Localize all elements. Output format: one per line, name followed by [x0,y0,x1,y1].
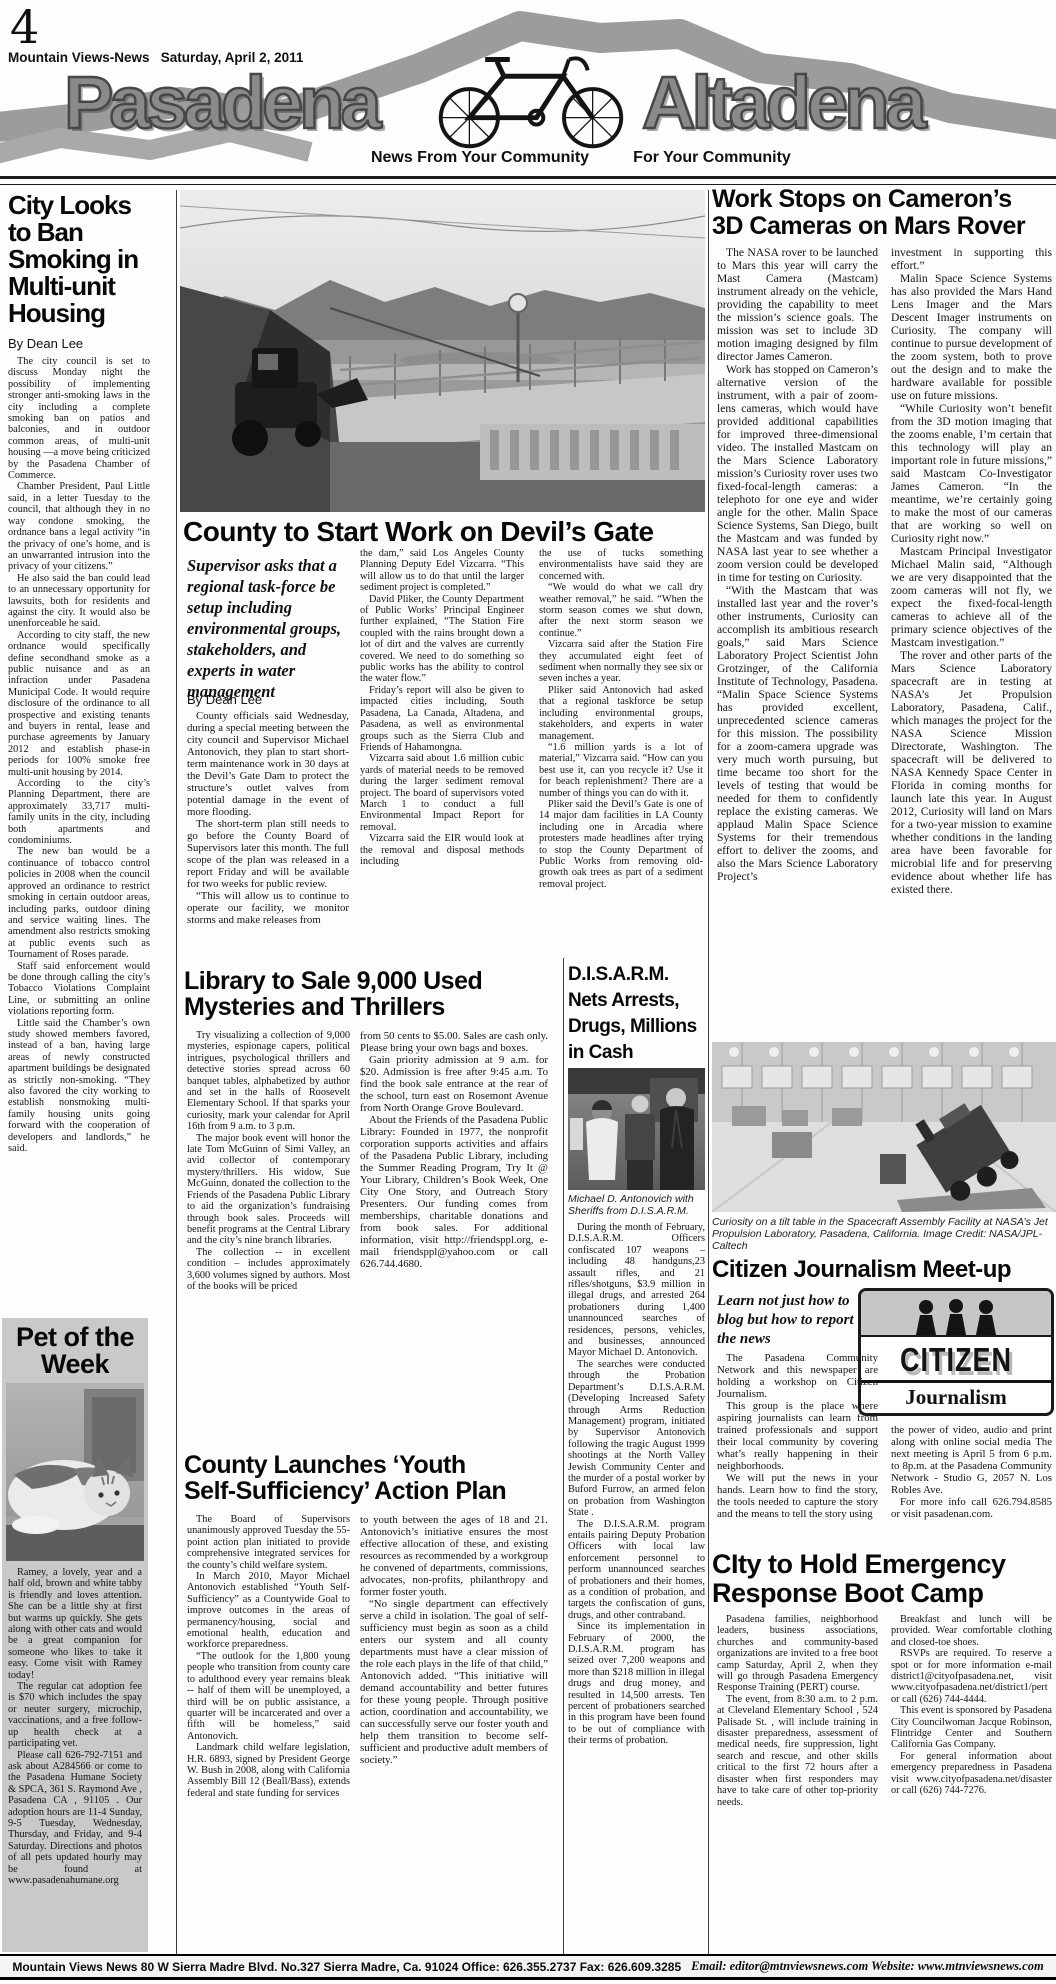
mars-col2: investment in supporting this effort.”Ma… [891,246,1052,1038]
masthead-title-altadena: Altadena [642,66,923,140]
devils-gate-subhead: Supervisor asks that a regional task-for… [187,556,349,703]
masthead-rule [0,176,1056,185]
devils-gate-col1: County officials said Wednesday, during … [187,710,349,958]
youth-title: County Launches ‘YouthSelf-Sufficiency’ … [184,1452,566,1504]
footer-bar: Mountain Views News 80 W Sierra Madre Bl… [0,1954,1056,1980]
bicycle-icon [425,34,637,154]
citizen-subhead: Learn not just how to blog but how to re… [717,1292,869,1349]
people-icons [908,1299,1004,1335]
pet-body: Ramey, a lovely, year and a half old, br… [2,1561,148,1886]
smoking-article-byline: By Dean Lee [8,336,83,351]
citizen-logo-word-bottom: Journalism [861,1380,1051,1410]
youth-col2: to youth between the ages of 18 and 21. … [360,1514,548,1954]
column-rule-left [176,190,177,1954]
library-col1: Try visualizing a collection of 9,000 my… [187,1030,350,1448]
citizen-logo-word-top: CITIZEN [861,1341,1051,1380]
library-col2: from 50 cents to $5.00. Sales are cash o… [360,1030,548,1432]
pet-of-the-week-box: Pet of theWeek Ramey, a lovely, year and… [2,1318,148,1952]
smoking-article-body: The city council is set to discuss Monda… [8,356,150,1312]
youth-col1: The Board of Supervisors unanimously app… [187,1514,350,1954]
citizen-journalism-logo: CITIZEN Journalism [858,1288,1054,1416]
devils-gate-byline: By Dean Lee [187,692,262,707]
footer-contact: Email: editor@mtnviewsnews.com Website: … [691,1959,1044,1974]
emergency-col1: Pasadena families, neighborhood leaders,… [717,1614,878,1954]
devils-gate-title: County to Start Work on Devil’s Gate [183,516,713,548]
disarm-photo [568,1068,705,1190]
devils-gate-col3: the use of tucks something environmental… [539,548,703,958]
emergency-col2: Breakfast and lunch will be provided. We… [891,1614,1052,1954]
cat-photo [6,1383,144,1561]
smoking-article-title: City Looksto BanSmoking inMulti-unitHous… [8,192,160,327]
emergency-title: CIty to Hold EmergencyResponse Boot Camp [712,1550,1056,1608]
mars-col1: The NASA rover to be launched to Mars th… [717,246,878,1038]
citizen-col1: The Pasadena Community Network and this … [717,1352,878,1550]
citizen-col2: the power of video, audio and print alon… [891,1424,1052,1550]
curiosity-rover-photo [712,1042,1056,1212]
devils-gate-dam-photo [180,190,705,512]
newspaper-page: 4 Mountain Views-News Saturday, April 2,… [0,0,1056,1984]
column-rule-right [708,190,709,1954]
tagline-right: For Your Community [612,149,812,167]
footer-address: Mountain Views News 80 W Sierra Madre Bl… [12,1960,681,1974]
disarm-photo-caption: Michael D. Antonovich with Sheriffs from… [568,1193,705,1217]
page-number: 4 [10,0,39,54]
masthead-title-pasadena: Pasadena [64,66,378,140]
pet-title: Pet of theWeek [2,1324,148,1378]
citizen-title: Citizen Journalism Meet-up [712,1256,1056,1284]
mars-title: Work Stops on Cameron’s3D Cameras on Mar… [712,186,1056,240]
disarm-title: D.I.S.A.R.M.Nets Arrests,Drugs, Millions… [568,962,708,1066]
curiosity-photo-caption: Curiosity on a tilt table in the Spacecr… [712,1216,1056,1252]
citizen-logo-figures [861,1291,1051,1337]
disarm-body: During the month of February, D.I.S.A.R.… [568,1222,705,1952]
devils-gate-col2: the dam,” said Los Angeles County Planni… [360,548,524,994]
library-title: Library to Sale 9,000 UsedMysteries and … [184,968,566,1020]
